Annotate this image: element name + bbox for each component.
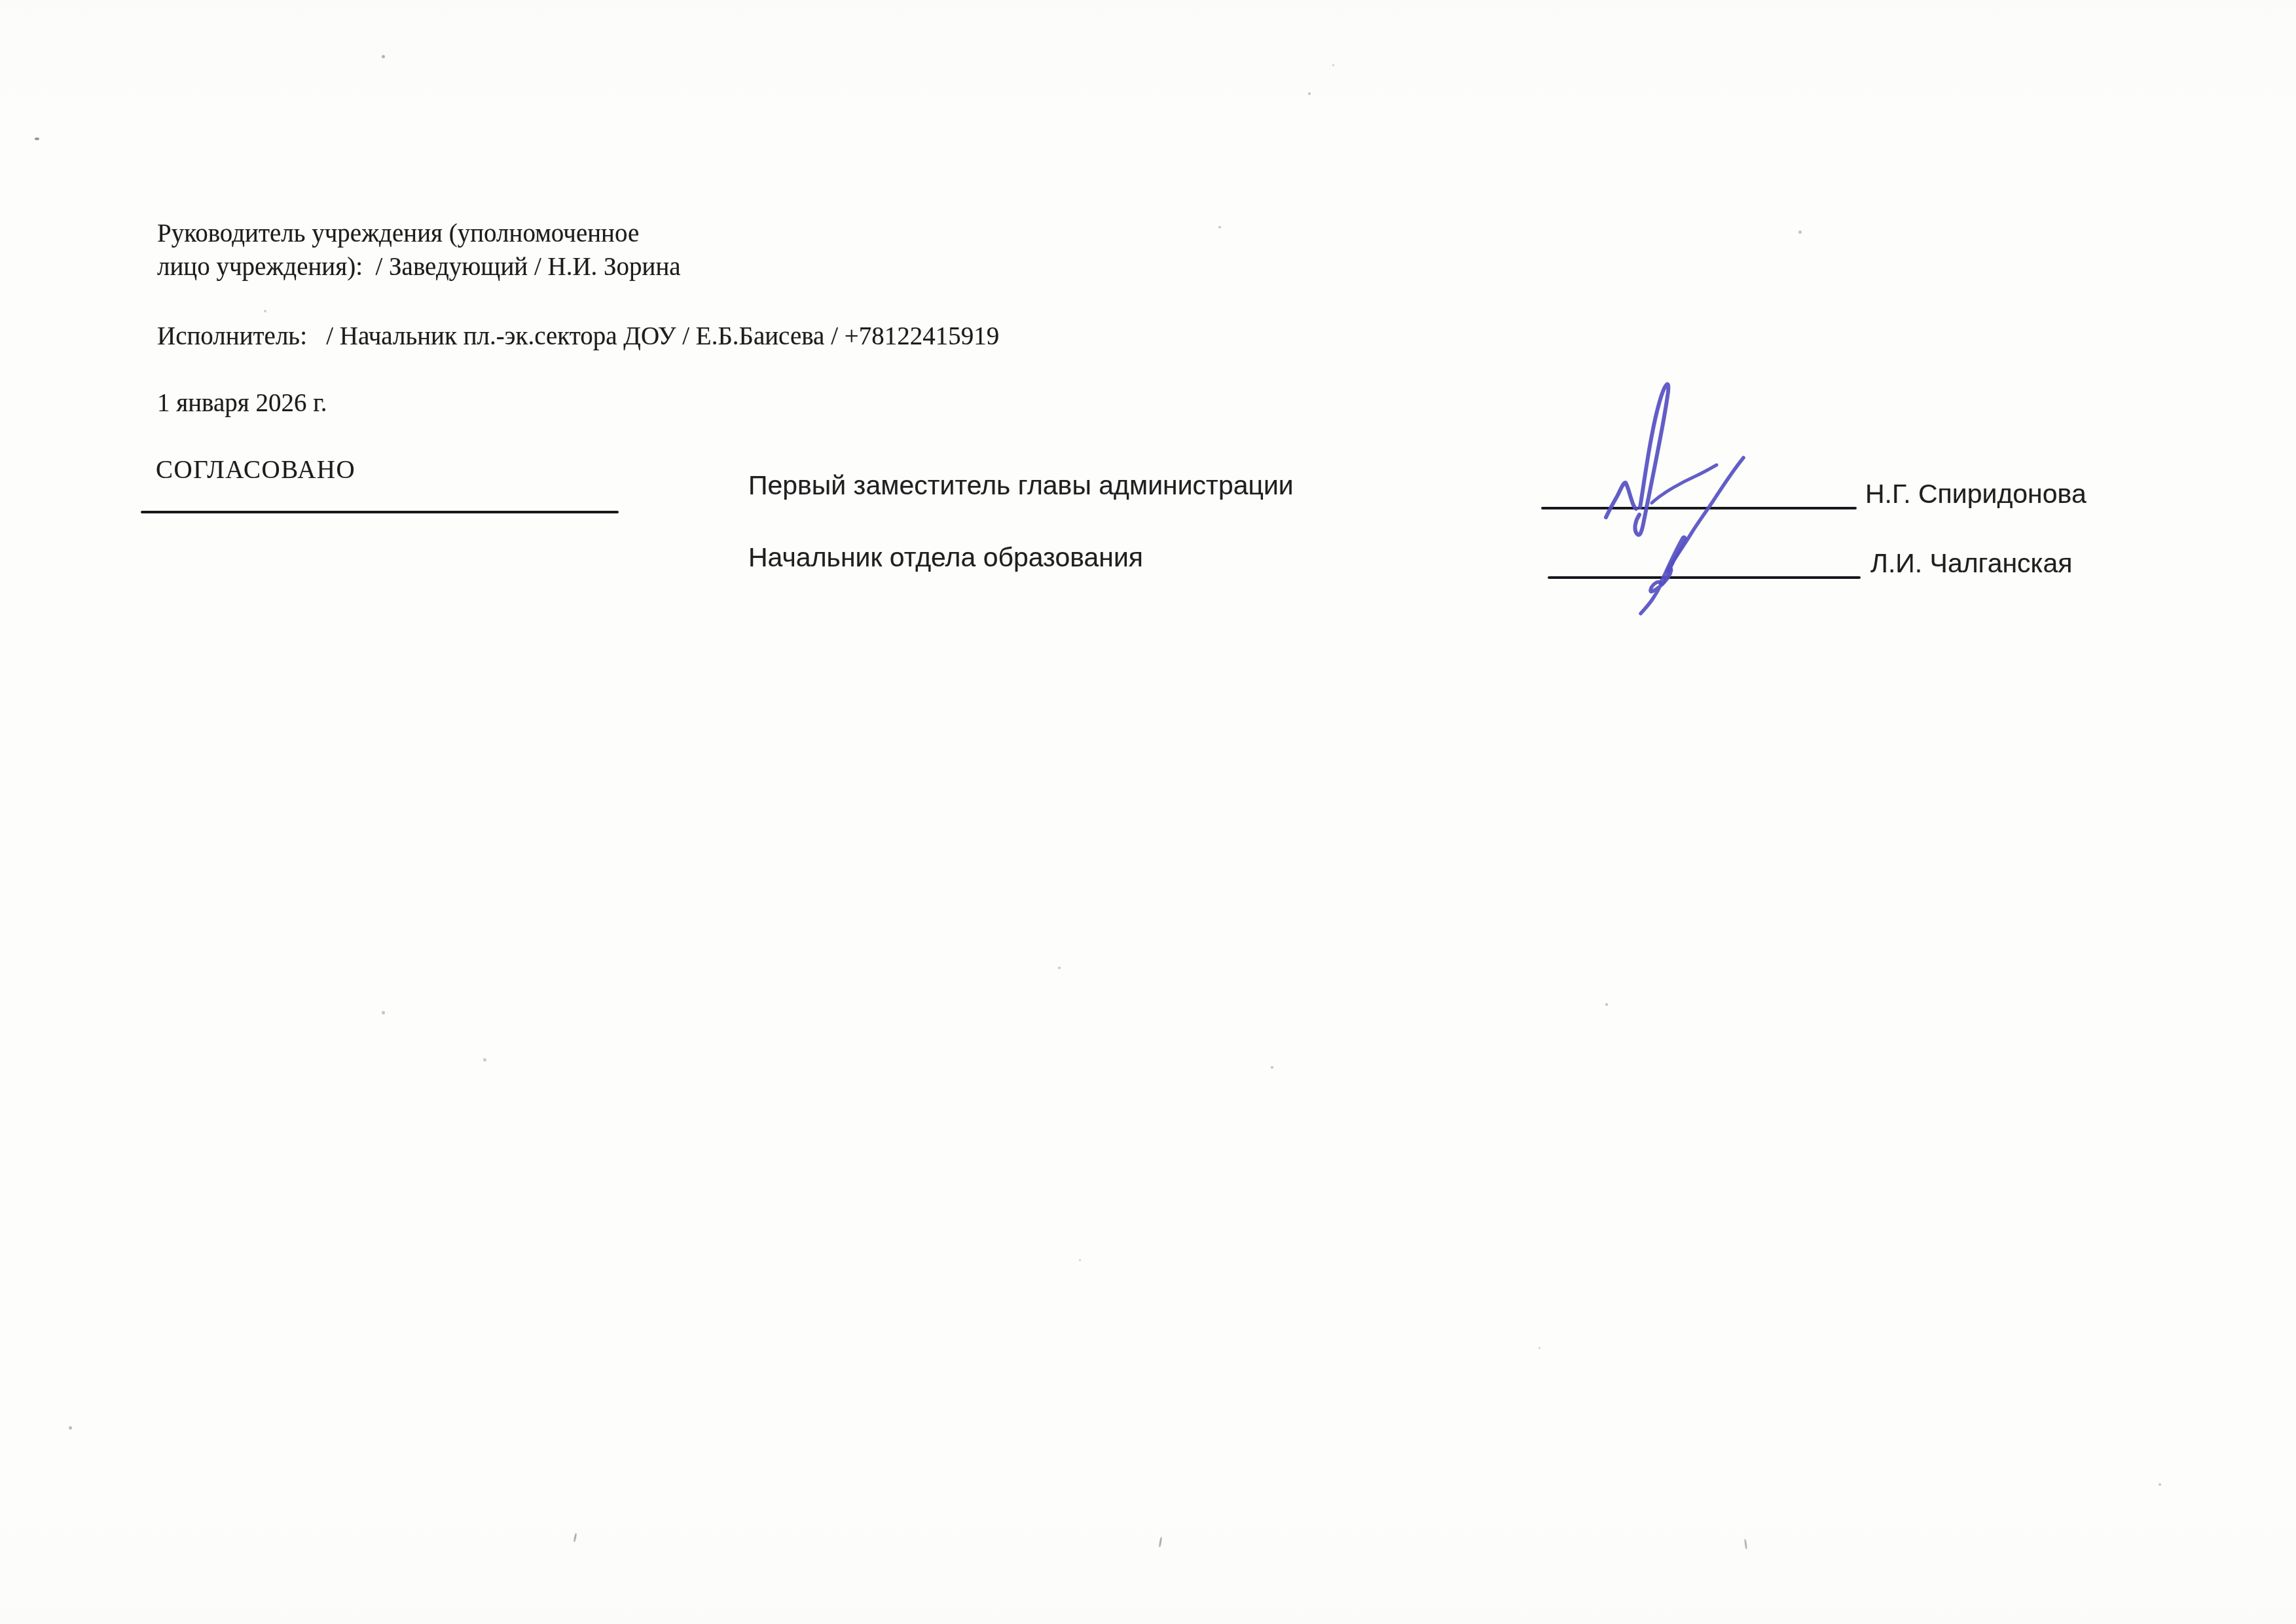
scan-speck	[1058, 967, 1061, 969]
scan-speck	[382, 1011, 385, 1014]
signature-ink	[0, 0, 2296, 1624]
scan-speck	[382, 55, 385, 58]
scan-speck	[1798, 231, 1802, 234]
scan-speck	[264, 310, 266, 312]
scan-speck	[1332, 64, 1334, 66]
scan-speck	[1079, 1259, 1081, 1261]
scan-speck	[2159, 1483, 2161, 1486]
scanned-document-page: Руководитель учреждения (уполномоченное …	[0, 0, 2296, 1624]
scan-speck	[1308, 92, 1311, 95]
scan-speck	[1605, 1003, 1608, 1006]
scan-speck	[1218, 226, 1221, 229]
scan-speck	[483, 1058, 486, 1061]
scan-speck	[1539, 1347, 1540, 1349]
scan-speck	[1271, 1066, 1273, 1069]
scan-speck	[35, 138, 39, 140]
scan-speck	[69, 1426, 72, 1430]
